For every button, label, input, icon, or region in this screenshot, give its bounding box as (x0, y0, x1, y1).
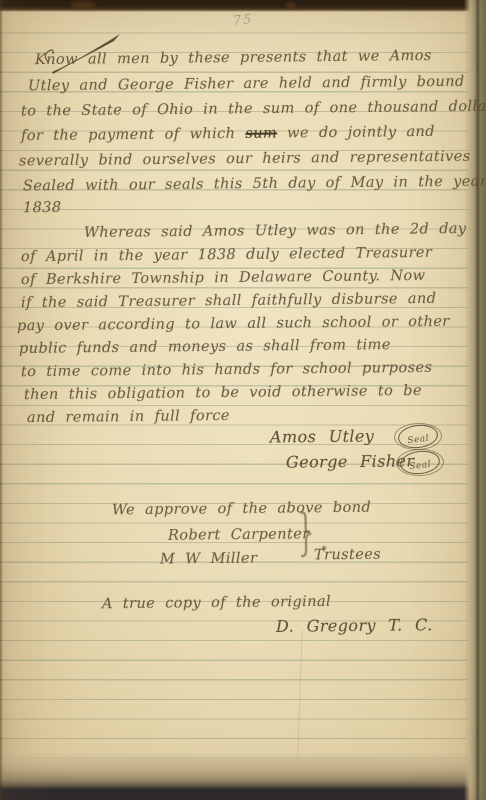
seal-label: Seal (409, 460, 432, 473)
seal-stamp: Seal (397, 423, 439, 451)
trustee-name: Robert Carpenter (168, 526, 310, 543)
struck-word: sum (245, 125, 277, 141)
approval-heading: We approve of the above bond (112, 500, 371, 519)
ink-stain (286, 2, 296, 9)
book-left-edge (0, 0, 3, 800)
certification-line: A true copy of the original (102, 594, 331, 612)
clerk-signature: D. Gregory T. C. (276, 615, 433, 636)
handwritten-line: 1838 (23, 200, 62, 216)
trustee-name: M W Miller (160, 550, 257, 567)
page-number-pencil: 75 (232, 12, 254, 29)
ledger-page: 75 Know all men by these presents that w… (0, 0, 486, 800)
ink-stain (70, 1, 96, 9)
page-stack-edge (464, 0, 486, 800)
seal-stamp: Seal (399, 449, 441, 477)
seal-label: Seal (407, 434, 430, 447)
handwritten-text: for the payment of which (21, 126, 246, 144)
trustee-role: Trustees (314, 547, 381, 564)
signature-name: Amos Utley (270, 426, 374, 446)
handwritten-text: we do jointly and (277, 124, 435, 142)
book-bottom-edge (0, 752, 486, 800)
trustee-brace: } (297, 504, 316, 559)
handwritten-line: and remain in full force (27, 408, 230, 426)
